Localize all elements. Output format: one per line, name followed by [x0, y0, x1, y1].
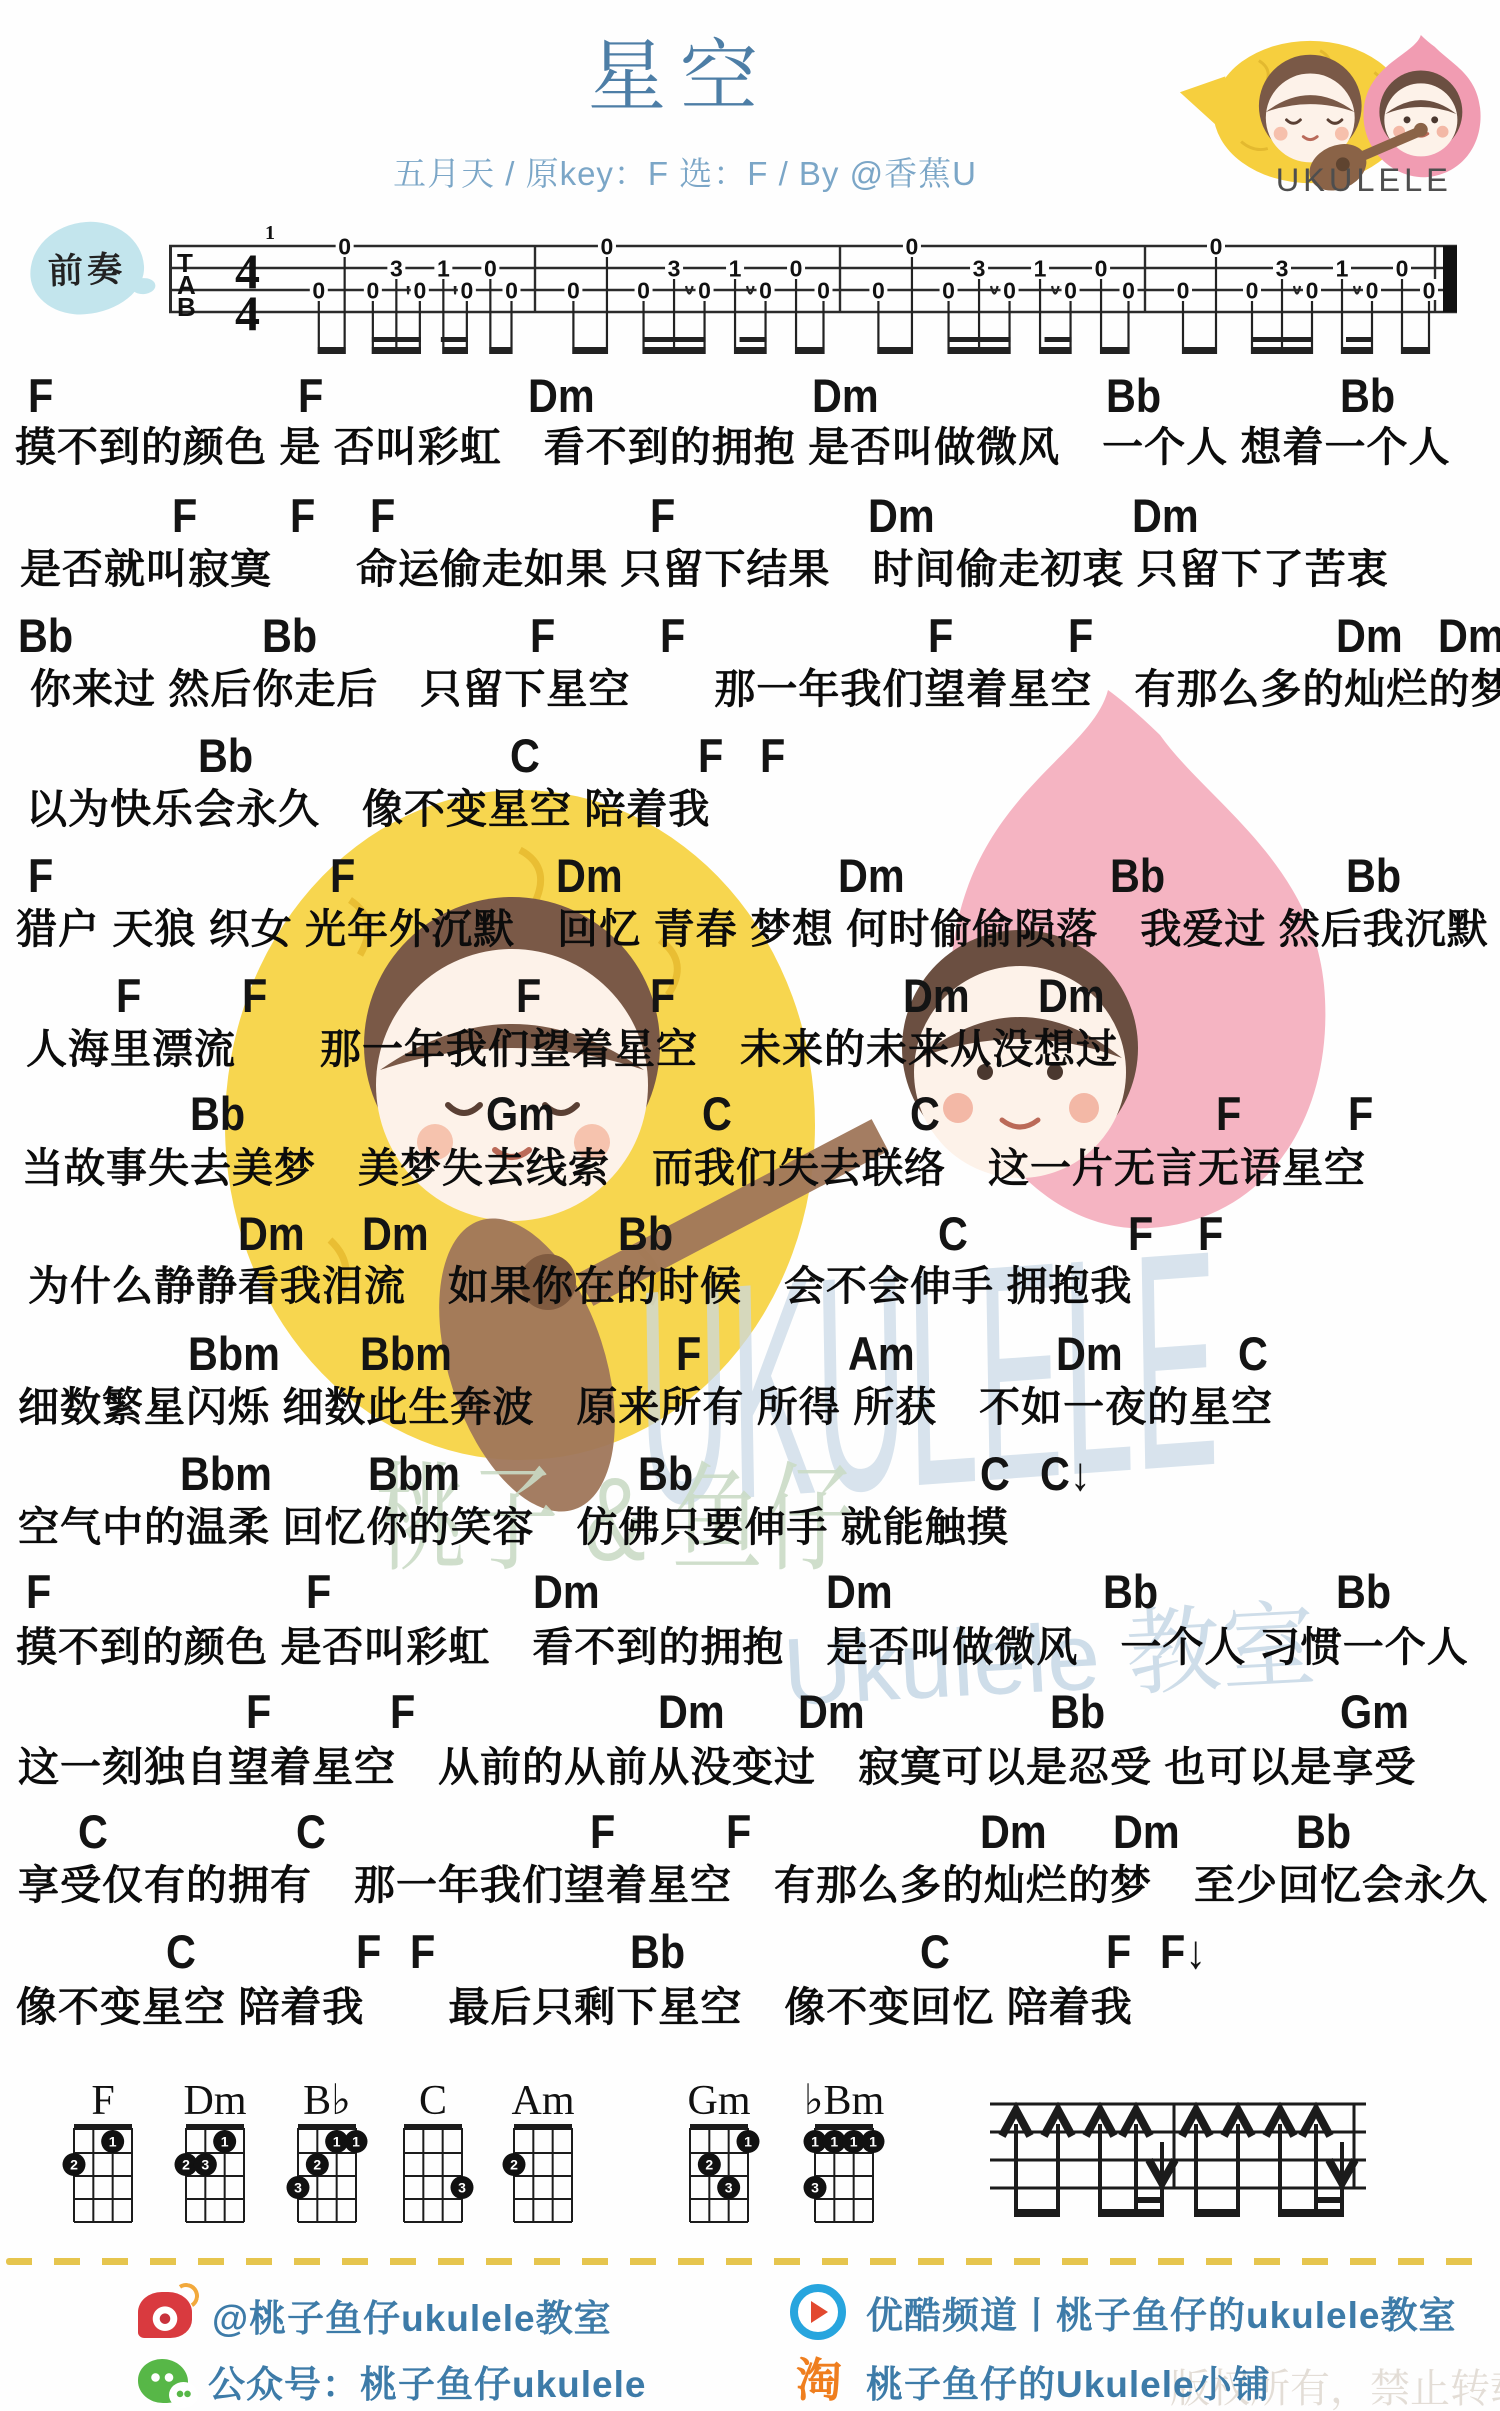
- chord-label: Bb: [198, 732, 253, 779]
- logo-peach-boy-icon: [1363, 35, 1480, 177]
- chord-label: F: [698, 732, 723, 779]
- chord-label: Dm: [362, 1210, 429, 1257]
- lyric-line: 猎户 天狼 织女 光年外沉默 回忆 青春 梦想 何时偷偷陨落 我爱过 然后我沉默: [16, 906, 1489, 953]
- chord-label: F: [242, 972, 267, 1019]
- chord-label: F: [676, 1330, 701, 1377]
- chord-label: F: [116, 972, 141, 1019]
- lyric-line: 摸不到的颜色 是否叫彩虹 看不到的拥抱 是否叫做微风 一个人 习惯一个人: [16, 1624, 1469, 1671]
- chord-label: F: [590, 1808, 615, 1855]
- chord-label: F: [760, 732, 785, 779]
- chord-diagram-name: C: [392, 2078, 474, 2124]
- chord-label: C: [166, 1928, 196, 1975]
- svg-text:B: B: [177, 292, 196, 322]
- chord-label: Dm: [238, 1210, 305, 1257]
- chord-label: Bbm: [180, 1450, 272, 1497]
- lyric-line: 空气中的温柔 回忆你的笑容 仿佛只要伸手 就能触摸: [18, 1504, 1009, 1551]
- chord-label: Bb: [262, 612, 317, 659]
- svg-text:1: 1: [333, 2134, 341, 2150]
- chord-label: F: [1106, 1928, 1131, 1975]
- chord-label: F: [1216, 1090, 1241, 1137]
- chord-label: F: [650, 972, 675, 1019]
- strum-pattern-notation: [988, 2090, 1380, 2230]
- svg-text:1: 1: [109, 2134, 117, 2150]
- svg-text:0: 0: [1177, 278, 1190, 304]
- chord-label: F: [28, 852, 53, 899]
- chord-label: C: [938, 1210, 968, 1257]
- watermark-ukulele-instrument: [406, 1135, 880, 1534]
- footer-wechat: 公众号：桃子鱼仔ukulele: [138, 2354, 647, 2408]
- fretboard-grid-icon: 1123: [286, 2124, 368, 2228]
- chord-label: C: [296, 1808, 326, 1855]
- chord-label: Dm: [980, 1808, 1047, 1855]
- youku-icon: [790, 2284, 846, 2340]
- svg-text:0: 0: [1095, 256, 1108, 282]
- lyric-line: 为什么静静看我泪流 如果你在的时候 会不会伸手 拥抱我: [28, 1263, 1132, 1310]
- chord-label: F: [172, 492, 197, 539]
- weibo-icon: [138, 2292, 192, 2338]
- chord-label: Bb: [618, 1210, 673, 1257]
- svg-text:1: 1: [265, 226, 275, 244]
- chord-label: Bb: [1296, 1808, 1351, 1855]
- chord-diagram-name: F: [62, 2078, 144, 2124]
- svg-text:0: 0: [1396, 256, 1409, 282]
- svg-text:1: 1: [830, 2134, 838, 2150]
- lyric-line: 以为快乐会永久 像不变星空 陪着我: [26, 786, 710, 833]
- chord-label: Bb: [1340, 372, 1395, 419]
- chord-label: F: [1198, 1210, 1223, 1257]
- svg-text:0: 0: [601, 234, 614, 260]
- chord-label: Dm: [798, 1688, 865, 1735]
- chord-label: Dm: [1132, 492, 1199, 539]
- chord-diagram-name: Am: [502, 2078, 584, 2124]
- chord-label: F: [410, 1928, 435, 1975]
- chord-diagram-B♭: B♭1123: [286, 2078, 368, 2233]
- svg-text:3: 3: [294, 2180, 302, 2196]
- svg-text:0: 0: [1003, 278, 1016, 304]
- fretboard-grid-icon: 123: [678, 2124, 760, 2228]
- chord-label: Bb: [630, 1928, 685, 1975]
- svg-text:0: 0: [698, 278, 711, 304]
- chord-label: Dm: [556, 852, 623, 899]
- svg-text:0: 0: [484, 256, 497, 282]
- chord-label: Gm: [1340, 1688, 1409, 1735]
- chord-label: F: [306, 1568, 331, 1615]
- svg-text:1: 1: [811, 2134, 819, 2150]
- lyric-line: 像不变星空 陪着我 最后只剩下星空 像不变回忆 陪着我: [16, 1984, 1133, 2031]
- svg-text:3: 3: [668, 256, 681, 282]
- svg-text:0: 0: [312, 278, 325, 304]
- chord-label: Dm: [533, 1568, 600, 1615]
- chord-diagram-name: ♭Bm: [803, 2078, 885, 2124]
- chord-label: Bbm: [188, 1330, 280, 1377]
- fretboard-grid-icon: 2: [502, 2124, 584, 2228]
- chord-label: F: [246, 1688, 271, 1735]
- chord-diagram-name: B♭: [286, 2078, 368, 2124]
- watermark-classroom-text: Ukulele 教室: [781, 1592, 1319, 1726]
- chord-label: Dm: [1336, 612, 1403, 659]
- svg-text:3: 3: [1276, 256, 1289, 282]
- chord-label: F: [370, 492, 395, 539]
- svg-text:0: 0: [413, 278, 426, 304]
- chord-label: Dm: [868, 492, 935, 539]
- svg-text:3: 3: [973, 256, 986, 282]
- svg-text:3: 3: [201, 2157, 209, 2173]
- chord-label: C: [980, 1450, 1010, 1497]
- intro-section-label: 前奏: [27, 218, 147, 318]
- chord-label: F: [330, 852, 355, 899]
- footer-youku-text: 优酷频道丨桃子鱼仔的ukulele教室: [866, 2285, 1457, 2339]
- chord-label: F: [26, 1568, 51, 1615]
- svg-text:1: 1: [729, 256, 742, 282]
- footer-youku: 优酷频道丨桃子鱼仔的ukulele教室: [790, 2284, 1457, 2340]
- intro-label-text: 前奏: [47, 242, 127, 295]
- lyric-line: 这一刻独自望着星空 从前的从前从没变过 寂寞可以是忍受 也可以是享受: [18, 1744, 1416, 1791]
- chord-label: F: [1348, 1090, 1373, 1137]
- chord-label: F: [298, 372, 323, 419]
- svg-text:0: 0: [759, 278, 772, 304]
- chord-label: Am: [848, 1330, 915, 1377]
- chord-label: Gm: [486, 1090, 555, 1137]
- watermark-fish-girl-illustration: [225, 790, 815, 1460]
- svg-text:0: 0: [1064, 278, 1077, 304]
- page-subtitle: 五月天 / 原key：F 选：F / By @香蕉U: [0, 148, 1370, 195]
- chord-sheet-page: UKULELE 桃子 & 鱼仔 Ukulele 教室 版权所有，禁止转载 星空 …: [0, 0, 1500, 2411]
- chord-diagram-C: C3: [392, 2078, 474, 2233]
- chord-label: Dm: [826, 1568, 893, 1615]
- svg-text:0: 0: [567, 278, 580, 304]
- footer-taobao-text: 桃子鱼仔的Ukulele小铺: [866, 2354, 1271, 2408]
- chord-label: Bb: [1336, 1568, 1391, 1615]
- lyric-line: 当故事失去美梦 美梦失去线索 而我们失去联络 这一片无言无语星空: [22, 1145, 1366, 1192]
- wechat-icon: [138, 2359, 188, 2403]
- fretboard-grid-icon: 3: [392, 2124, 474, 2228]
- svg-text:1: 1: [437, 256, 450, 282]
- svg-text:1: 1: [1034, 256, 1047, 282]
- svg-text:0: 0: [906, 234, 919, 260]
- chord-label: Dm: [838, 852, 905, 899]
- svg-text:3: 3: [390, 256, 403, 282]
- chord-label: C: [920, 1928, 950, 1975]
- lyric-line: 摸不到的颜色 是 否叫彩虹 看不到的拥抱 是否叫做微风 一个人 想着一个人: [15, 424, 1451, 471]
- chord-label: Dm: [812, 372, 879, 419]
- page-title: 星空: [0, 14, 1360, 126]
- chord-label: F: [290, 492, 315, 539]
- logo-wordmark: UKULELE: [1276, 162, 1452, 198]
- taobao-icon: 淘: [792, 2354, 846, 2408]
- fretboard-grid-icon: 11113: [803, 2124, 885, 2228]
- svg-text:0: 0: [1210, 234, 1223, 260]
- chord-label: Dm: [658, 1688, 725, 1735]
- chord-label: Bbm: [360, 1330, 452, 1377]
- chord-label: F: [928, 612, 953, 659]
- lyric-line: 享受仅有的拥有 那一年我们望着星空 有那么多的灿烂的梦 至少回忆会永久: [18, 1862, 1488, 1909]
- chord-label: Bb: [638, 1450, 693, 1497]
- svg-text:2: 2: [705, 2157, 713, 2173]
- fretboard-grid-icon: 12: [62, 2124, 144, 2228]
- svg-text:0: 0: [942, 278, 955, 304]
- chord-label: C: [1238, 1330, 1268, 1377]
- chord-diagram-♭Bm: ♭Bm11113: [803, 2078, 885, 2233]
- chord-label: Bb: [18, 612, 73, 659]
- svg-text:4: 4: [235, 285, 260, 341]
- watermark-ukulele-text: UKULELE: [635, 1187, 1220, 1571]
- svg-text:1: 1: [1336, 256, 1349, 282]
- svg-text:0: 0: [1423, 278, 1436, 304]
- chord-label: F: [530, 612, 555, 659]
- lyric-line: 你来过 然后你走后 只留下星空 那一年我们望着星空 有那么多的灿烂的梦: [30, 666, 1500, 713]
- lyric-line: 人海里漂流 那一年我们望着星空 未来的未来从没想过: [26, 1026, 1118, 1073]
- chord-label: C: [78, 1808, 108, 1855]
- footer-weibo-text: @桃子鱼仔ukulele教室: [212, 2288, 612, 2342]
- chord-diagram-Gm: Gm123: [678, 2078, 760, 2233]
- svg-text:0: 0: [1306, 278, 1319, 304]
- svg-text:1: 1: [869, 2134, 877, 2150]
- chord-label: C: [910, 1090, 940, 1137]
- intro-tab-notation: TAB4410003010000003010000003010000003010…: [169, 226, 1469, 378]
- svg-text:0: 0: [790, 256, 803, 282]
- svg-text:0: 0: [1122, 278, 1135, 304]
- chord-diagram-Am: Am2: [502, 2078, 584, 2233]
- dashed-divider: [6, 2258, 1494, 2265]
- chord-label: F: [516, 972, 541, 1019]
- chord-label: F↓: [1160, 1928, 1206, 1975]
- footer-taobao: 淘 桃子鱼仔的Ukulele小铺: [792, 2354, 1271, 2408]
- chord-label: Dm: [1113, 1808, 1180, 1855]
- svg-text:3: 3: [811, 2180, 819, 2196]
- fretboard-grid-icon: 123: [174, 2124, 256, 2228]
- svg-text:2: 2: [510, 2157, 518, 2173]
- chord-label: F: [1068, 612, 1093, 659]
- svg-text:2: 2: [313, 2157, 321, 2173]
- lyric-line: 细数繁星闪烁 细数此生奔波 原来所有 所得 所获 不如一夜的星空: [18, 1384, 1273, 1431]
- watermark-peach-boy-illustration: [902, 690, 1325, 1228]
- footer-wechat-text: 公众号：桃子鱼仔ukulele: [208, 2354, 647, 2408]
- chord-label: C: [702, 1090, 732, 1137]
- chord-label: C: [510, 732, 540, 779]
- chord-label: Dm: [528, 372, 595, 419]
- svg-text:0: 0: [1366, 278, 1379, 304]
- chord-diagram-F: F12: [62, 2078, 144, 2233]
- chord-label: F: [28, 372, 53, 419]
- svg-text:3: 3: [725, 2180, 733, 2196]
- svg-text:0: 0: [366, 278, 379, 304]
- chord-label: Dm: [1056, 1330, 1123, 1377]
- svg-text:2: 2: [182, 2157, 190, 2173]
- svg-text:0: 0: [460, 278, 473, 304]
- svg-text:0: 0: [872, 278, 885, 304]
- chord-label: F: [1128, 1210, 1153, 1257]
- chord-label: F: [650, 492, 675, 539]
- svg-text:1: 1: [221, 2134, 229, 2150]
- lyric-line: 是否就叫寂寞 命运偷走如果 只留下结果 时间偷走初衷 只留下了苦衷: [20, 546, 1389, 593]
- chord-label: C↓: [1040, 1450, 1091, 1497]
- chord-label: Bbm: [368, 1450, 460, 1497]
- chord-diagram-name: Dm: [174, 2078, 256, 2124]
- chord-diagram-Dm: Dm123: [174, 2078, 256, 2233]
- svg-text:0: 0: [1246, 278, 1259, 304]
- chord-label: Bb: [1346, 852, 1401, 899]
- chord-label: Dm: [1438, 612, 1500, 659]
- svg-text:1: 1: [850, 2134, 858, 2150]
- svg-text:0: 0: [637, 278, 650, 304]
- chord-label: Bb: [1103, 1568, 1158, 1615]
- chord-label: F: [660, 612, 685, 659]
- chord-label: Bb: [190, 1090, 245, 1137]
- chord-label: Bb: [1106, 372, 1161, 419]
- svg-text:1: 1: [352, 2134, 360, 2150]
- svg-text:1: 1: [744, 2134, 752, 2150]
- ukulele-studio-logo: UKULELE: [1172, 20, 1488, 198]
- chord-label: F: [726, 1808, 751, 1855]
- chord-label: F: [356, 1928, 381, 1975]
- svg-text:3: 3: [458, 2180, 466, 2196]
- chord-label: Bb: [1050, 1688, 1105, 1735]
- watermark-studio-text: 桃子 & 鱼仔: [375, 1454, 855, 1586]
- chord-label: Dm: [1038, 972, 1105, 1019]
- chord-label: Dm: [903, 972, 970, 1019]
- svg-text:2: 2: [70, 2157, 78, 2173]
- chord-diagram-name: Gm: [678, 2078, 760, 2124]
- svg-text:0: 0: [338, 234, 351, 260]
- svg-text:0: 0: [505, 278, 518, 304]
- chord-label: Bb: [1110, 852, 1165, 899]
- chord-label: F: [390, 1688, 415, 1735]
- footer-weibo: @桃子鱼仔ukulele教室: [138, 2288, 612, 2342]
- svg-text:0: 0: [817, 278, 830, 304]
